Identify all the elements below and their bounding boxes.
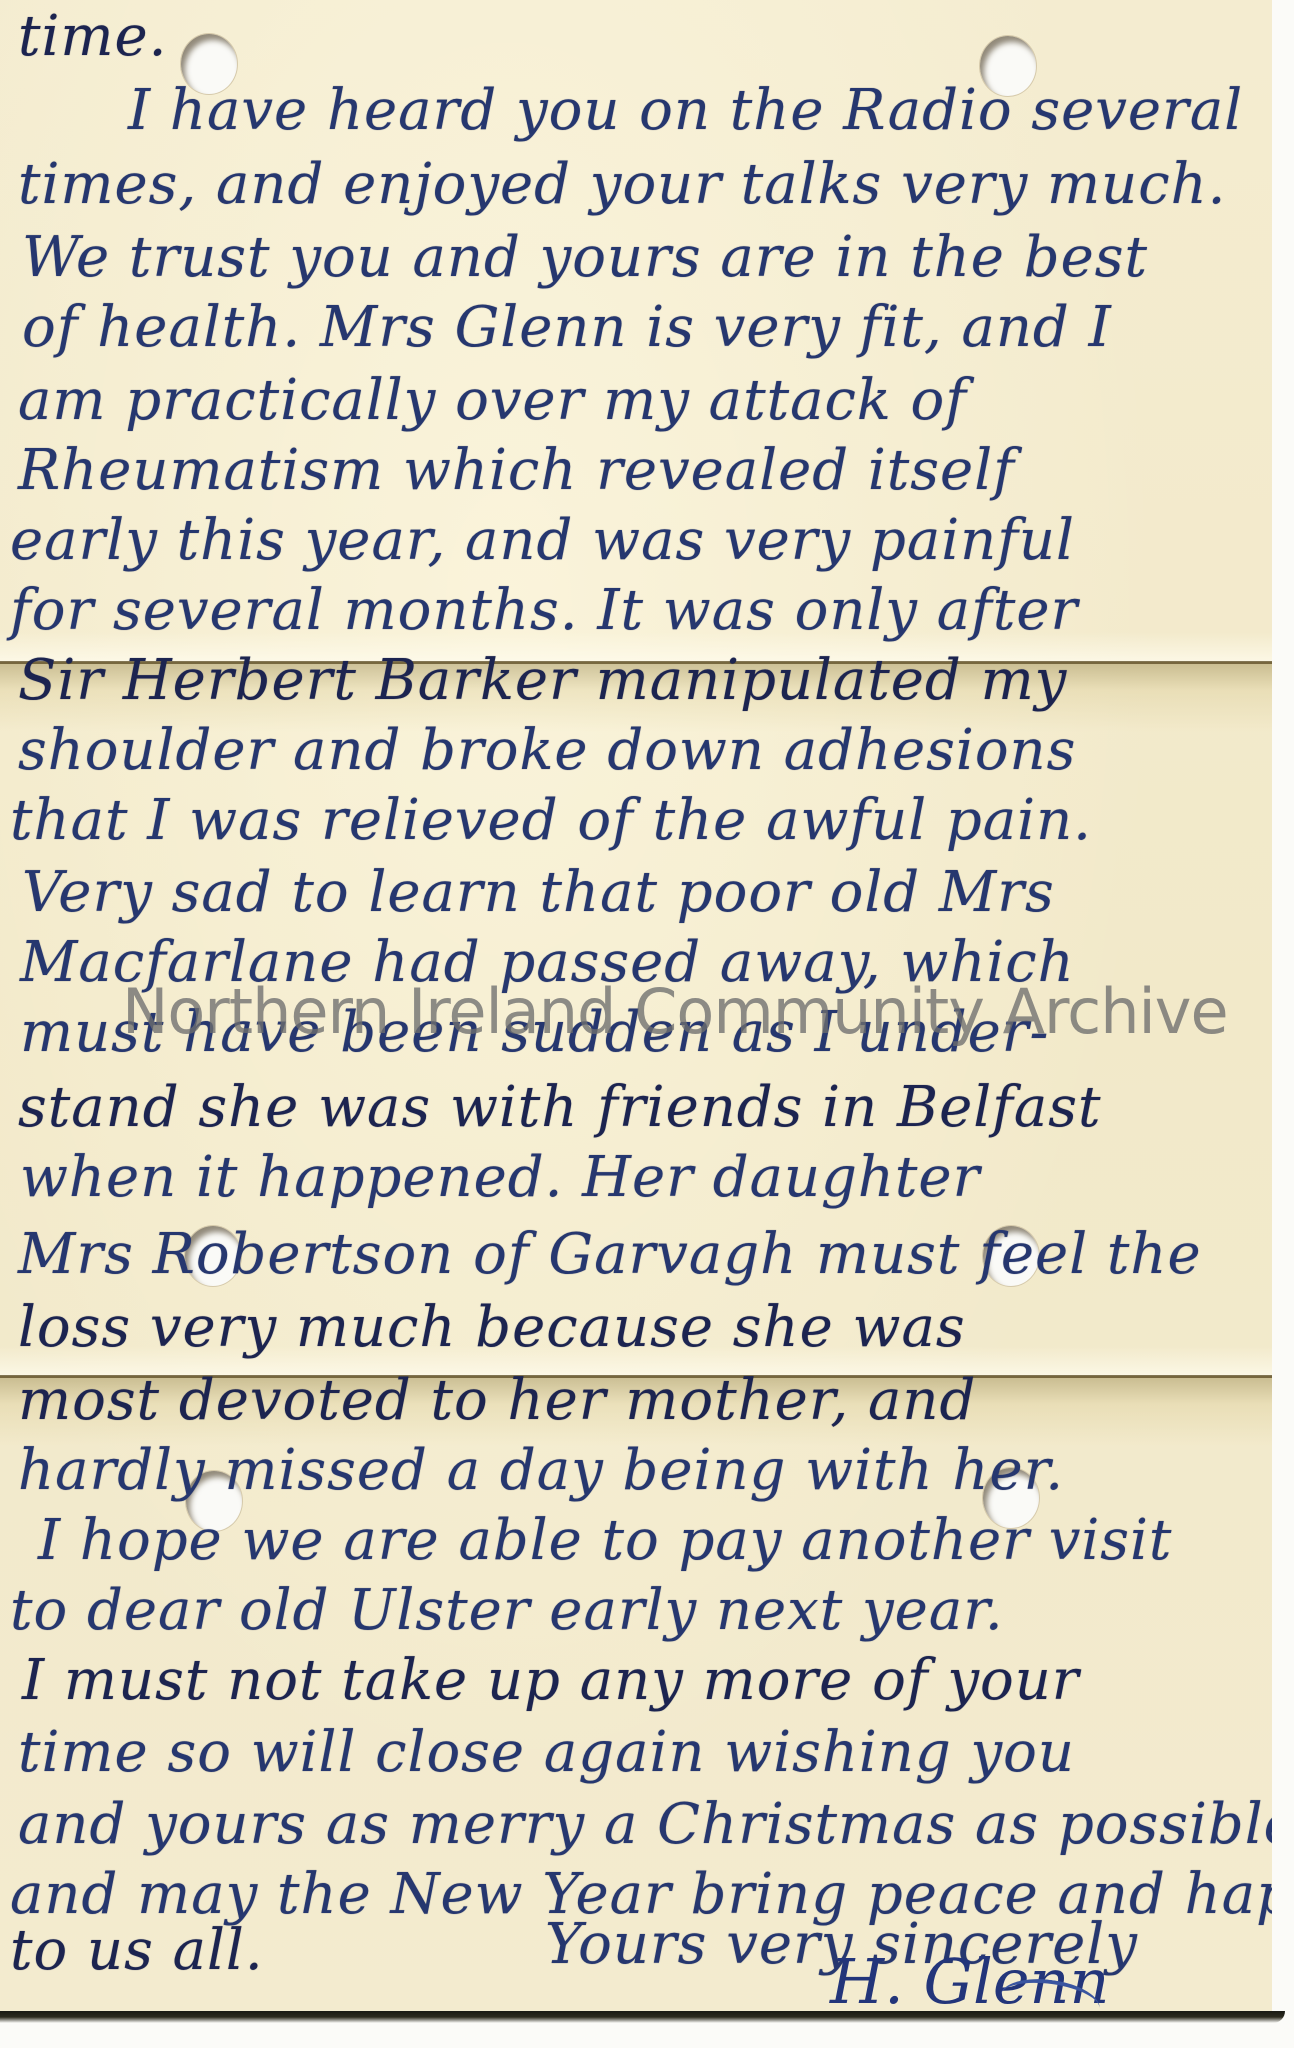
letter-line: to dear old Ulster early next year. [10, 1578, 1004, 1643]
letter-line: am practically over my attack of [18, 368, 967, 433]
letter-line: I hope we are able to pay another visit [38, 1508, 1172, 1573]
letter-line: time so will close again wishing you [18, 1720, 1075, 1785]
letter-line: I must not take up any more of your [22, 1648, 1080, 1713]
letter-line: time. [18, 4, 167, 69]
letter-line: of health. Mrs Glenn is very fit, and I [22, 295, 1112, 360]
letter-line: most devoted to her mother, and [18, 1368, 976, 1433]
letter-line: Mrs Robertson of Garvagh must feel the [18, 1222, 1202, 1287]
letter-line: I have heard you on the Radio several [128, 78, 1243, 143]
letter-line: that I was relieved of the awful pain. [10, 788, 1092, 853]
letter-line: and yours as merry a Christmas as possib… [18, 1792, 1272, 1857]
document-page: time. I have heard you on the Radio seve… [0, 0, 1294, 2048]
archive-watermark: Northern Ireland Community Archive [122, 975, 1228, 1048]
letter-line: stand she was with friends in Belfast [18, 1075, 1102, 1140]
letter-line: We trust you and yours are in the best [22, 225, 1148, 290]
letter-line: hardly missed a day being with her. [18, 1438, 1064, 1503]
letter-line: Very sad to learn that poor old Mrs [22, 860, 1055, 925]
paper-edge-shadow [0, 2011, 1285, 2023]
letter-line: early this year, and was very painful [10, 508, 1075, 573]
letter-line: to us all. [10, 1918, 264, 1983]
letter-line: when it happened. Her daughter [20, 1145, 980, 1210]
letter-line: times, and enjoyed your talks very much. [18, 152, 1226, 217]
letter-line: shoulder and broke down adhesions [18, 718, 1076, 783]
letter-line: for several months. It was only after [10, 578, 1078, 643]
letter-line: loss very much because she was [18, 1295, 966, 1360]
letter-line: Sir Herbert Barker manipulated my [18, 648, 1067, 713]
letter-paper: time. I have heard you on the Radio seve… [0, 0, 1272, 2013]
letter-line: Rheumatism which revealed itself [18, 438, 1015, 503]
